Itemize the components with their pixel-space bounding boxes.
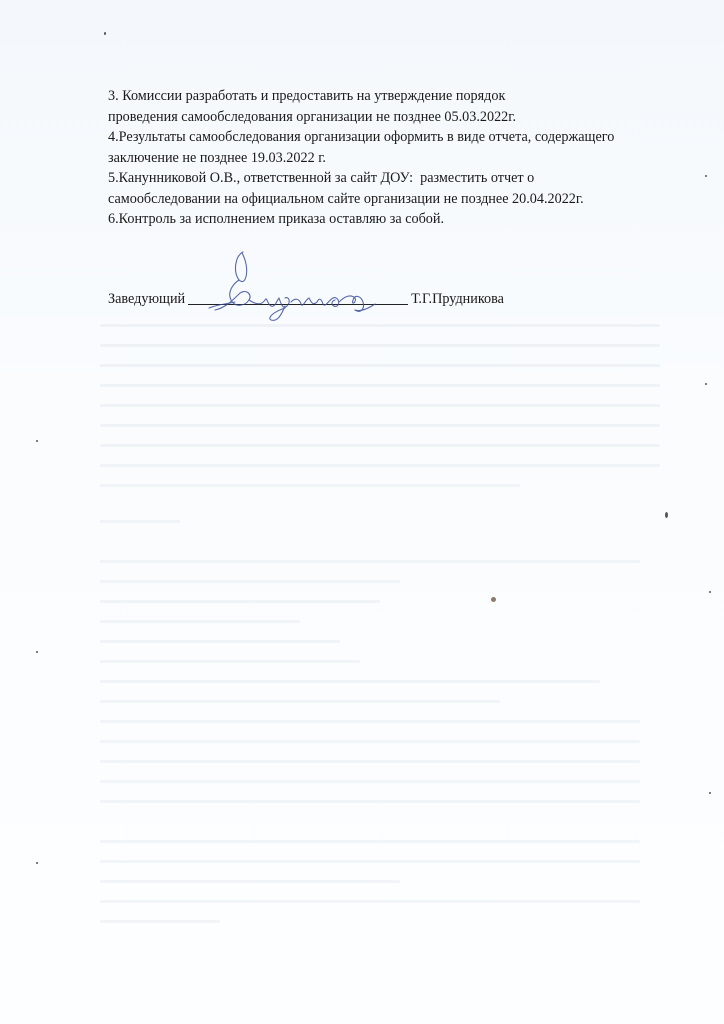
bleed-through-line xyxy=(100,740,640,743)
scanned-page: 3. Комиссии разработать и предоставить н… xyxy=(0,0,724,1024)
bleed-through-line xyxy=(100,520,180,523)
scan-speck xyxy=(36,440,38,442)
bleed-through-line xyxy=(100,860,640,863)
bleed-through-line xyxy=(100,900,640,903)
scan-speck xyxy=(709,591,711,593)
signatory-name: Т.Г.Прудникова xyxy=(411,291,504,308)
bleed-through-line xyxy=(100,384,660,387)
bleed-through-line xyxy=(100,600,380,603)
text-line: проведения самообследования организации … xyxy=(108,107,668,128)
scan-speck xyxy=(709,792,711,794)
paragraph-item-3: 3. Комиссии разработать и предоставить н… xyxy=(108,86,668,127)
bleed-through-line xyxy=(100,364,660,367)
text-line: заключение не позднее 19.03.2022 г. xyxy=(108,148,668,169)
bleed-through-line xyxy=(100,464,660,467)
scan-speck xyxy=(705,175,707,177)
text-line: 4.Результаты самообследования организаци… xyxy=(108,127,668,148)
text-line: 5.Канунниковой О.В., ответственной за са… xyxy=(108,168,668,189)
bleed-through-line xyxy=(100,760,640,763)
signatory-position: Заведующий xyxy=(108,291,185,308)
bleed-through-line xyxy=(100,580,400,583)
bleed-through-line xyxy=(100,700,500,703)
bleed-through-line xyxy=(100,840,640,843)
bleed-through-line xyxy=(100,404,660,407)
scan-speck xyxy=(705,383,707,385)
bleed-through-line xyxy=(100,920,220,923)
bleed-through-line xyxy=(100,780,640,783)
bleed-through-line xyxy=(100,424,660,427)
bleed-through-line xyxy=(100,444,660,447)
paragraph-item-4: 4.Результаты самообследования организаци… xyxy=(108,127,668,168)
handwritten-signature-icon xyxy=(205,250,395,325)
document-body: 3. Комиссии разработать и предоставить н… xyxy=(108,86,668,230)
scan-speck xyxy=(36,651,38,653)
text-line: 3. Комиссии разработать и предоставить н… xyxy=(108,86,668,107)
bleed-through-line xyxy=(100,680,600,683)
bleed-through-line xyxy=(100,560,640,563)
bleed-through-line xyxy=(100,800,640,803)
scan-speck xyxy=(665,512,668,518)
paragraph-item-5: 5.Канунниковой О.В., ответственной за са… xyxy=(108,168,668,209)
paragraph-item-6: 6.Контроль за исполнением приказа оставл… xyxy=(108,209,668,230)
bleed-through-line xyxy=(100,620,300,623)
bleed-through-line xyxy=(100,880,400,883)
bleed-through-line xyxy=(100,720,640,723)
bleed-through-line xyxy=(100,344,660,347)
text-line: 6.Контроль за исполнением приказа оставл… xyxy=(108,209,668,230)
scan-speck xyxy=(36,862,38,864)
scan-speck xyxy=(104,32,106,35)
scan-speck xyxy=(491,597,496,602)
bleed-through-line xyxy=(100,640,340,643)
text-line: самообследовании на официальном сайте ор… xyxy=(108,189,668,210)
bleed-through-line xyxy=(100,660,360,663)
bleed-through-line xyxy=(100,484,520,487)
